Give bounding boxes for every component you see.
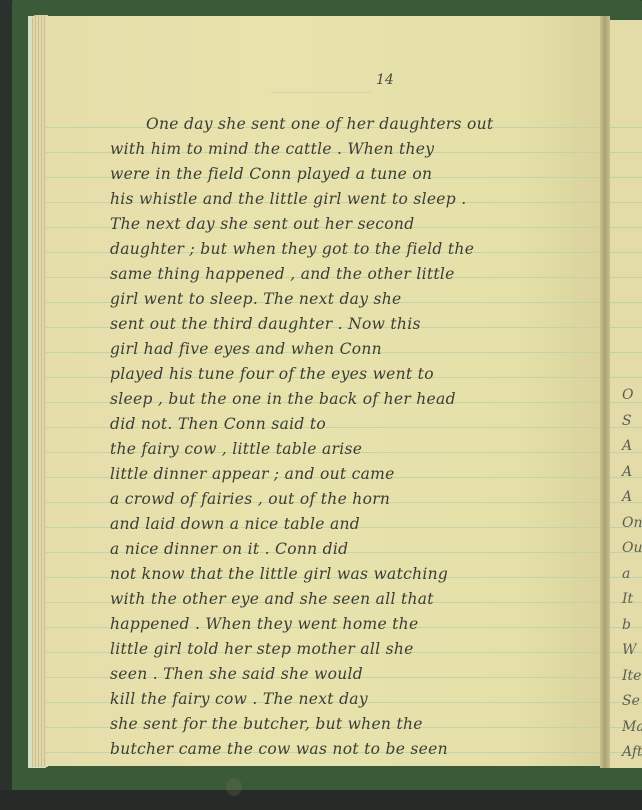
text-line: sent out the third daughter . Now this [110,312,610,337]
text-line: a nice dinner on it . Conn did [110,537,610,562]
facing-fragment: S [622,409,642,435]
ink-smudge [226,778,242,796]
text-line: sleep , but the one in the back of her h… [110,387,610,412]
text-line: girl had five eyes and when Conn [110,337,610,362]
facing-fragment: Ite [622,664,642,690]
text-line: with the other eye and she seen all that [110,587,610,612]
faded-heading-mark [271,74,371,93]
facing-fragment: A [622,460,642,486]
facing-fragment: A [622,434,642,460]
text-line: daughter ; but when they got to the fiel… [110,237,610,262]
text-line: the fairy cow , little table arise [110,437,610,462]
text-line: did not. Then Conn said to [110,412,610,437]
facing-fragment: A [622,485,642,511]
facing-fragment: It [622,587,642,613]
facing-fragment: a [622,562,642,588]
text-line: she sent for the butcher, but when the [110,712,610,737]
facing-fragment: Aft [622,740,642,766]
text-line: played his tune four of the eyes went to [110,362,610,387]
facing-fragment: Ma [622,715,642,741]
facing-fragment: Se [622,689,642,715]
text-line: and laid down a nice table and [110,512,610,537]
text-line: a crowd of fairies , out of the horn [110,487,610,512]
text-line: seen . Then she said she would [110,662,610,687]
text-line: The next day she sent out her second [110,212,610,237]
text-line: same thing happened , and the other litt… [110,262,610,287]
background-shadow [0,790,642,810]
notebook-scan: 14 One day she sent one of her daughters… [0,0,642,810]
facing-fragment: O [622,383,642,409]
facing-fragment: Out [622,536,642,562]
text-line: little girl told her step mother all she [110,637,610,662]
handwritten-text: One day she sent one of her daughters ou… [110,112,610,762]
text-line: girl went to sleep. The next day she [110,287,610,312]
text-line: were in the field Conn played a tune on [110,162,610,187]
facing-fragment: W [622,638,642,664]
text-line: his whistle and the little girl went to … [110,187,610,212]
facing-fragment: b [622,613,642,639]
facing-fragment: On [622,511,642,537]
text-line: happened . When they went home the [110,612,610,637]
text-line: little dinner appear ; and out came [110,462,610,487]
text-line: butcher came the cow was not to be seen [110,737,610,762]
text-line: not know that the little girl was watchi… [110,562,610,587]
text-line: One day she sent one of her daughters ou… [110,112,610,137]
text-line: kill the fairy cow . The next day [110,687,610,712]
page-number: 14 [376,72,394,88]
text-line: with him to mind the cattle . When they [110,137,610,162]
facing-page-text: O S A A A On Out a It b W Ite Se Ma Aft [622,383,642,766]
